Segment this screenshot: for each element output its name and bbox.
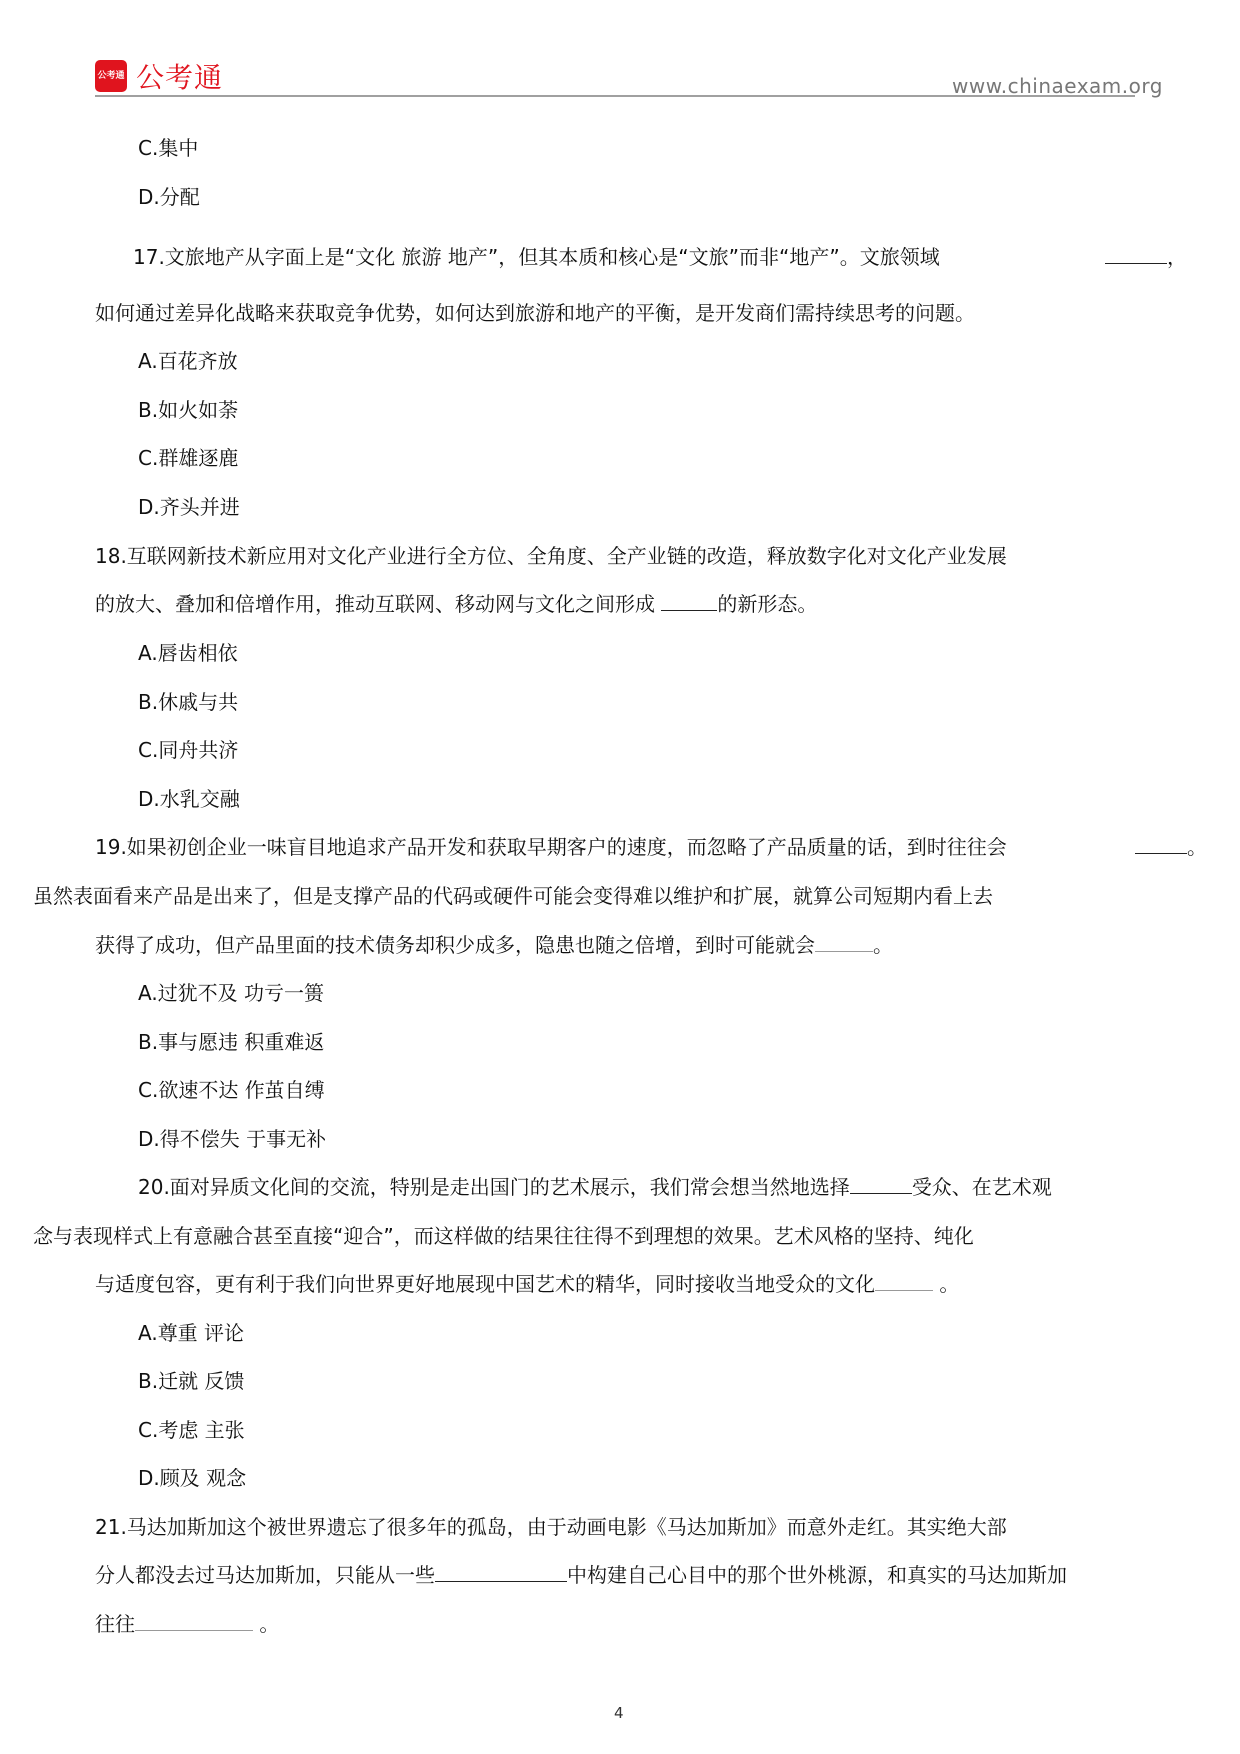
q21-text: 往往 (95, 1612, 135, 1636)
page-number: 4 (614, 1704, 624, 1722)
answer-blank (850, 1175, 912, 1194)
q17-blank-1: ， (1105, 244, 1187, 270)
q18-option-c: C.同舟共济 (138, 737, 238, 763)
q17-option-a: A.百花齐放 (138, 348, 238, 374)
q21-stem-line2: 分人都没去过马达加斯加，只能从一些中构建自己心目中的那个世外桃源，和真实的马达加… (95, 1562, 1067, 1588)
q16-option-c: C.集中 (138, 135, 198, 161)
q20-text-a: 20.面对异质文化间的交流，特别是走出国门的艺术展示，我们常会想当然地选择 (138, 1175, 850, 1199)
q19-option-a: A.过犹不及 功亏一篑 (138, 980, 324, 1006)
q20-text-b: 受众、在艺术观 (912, 1175, 1052, 1199)
q21-stem-line1: 21.马达加斯加这个被世界遗忘了很多年的孤岛，由于动画电影《马达加斯加》而意外走… (95, 1514, 1007, 1540)
q19-stem-line1: 19.如果初创企业一味盲目地追求产品开发和获取早期客户的速度，而忽略了产品质量的… (95, 834, 1007, 860)
q17-punct: ， (1167, 245, 1187, 269)
q19-punct: 。 (873, 933, 893, 957)
answer-blank (435, 1563, 567, 1582)
answer-blank (875, 1272, 933, 1291)
q19-stem-line2: 虽然表面看来产品是出来了，但是支撑产品的代码或硬件可能会变得难以维护和扩展，就算… (33, 883, 993, 909)
q21-text-a: 分人都没去过马达加斯加，只能从一些 (95, 1563, 435, 1587)
q20-option-b: B.迁就 反馈 (138, 1368, 244, 1394)
q19-punct: 。 (1187, 835, 1207, 859)
q20-option-a: A.尊重 评论 (138, 1320, 244, 1346)
q18-option-a: A.唇齿相依 (138, 640, 238, 666)
q18-stem-line1: 18.互联网新技术新应用对文化产业进行全方位、全角度、全产业链的改造，释放数字化… (95, 543, 1007, 569)
logo-badge-icon: 公考通 (95, 60, 127, 92)
q18-option-d: D.水乳交融 (138, 786, 240, 812)
q19-option-b: B.事与愿违 积重难返 (138, 1029, 324, 1055)
q17-stem-line1: 17.文旅地产从字面上是“文化 旅游 地产”，但其本质和核心是“文旅”而非“地产… (133, 244, 940, 270)
site-url-link[interactable]: www.chinaexam.org (952, 74, 1170, 98)
answer-blank (1105, 245, 1167, 264)
q17-option-d: D.齐头并进 (138, 494, 240, 520)
q20-option-d: D.顾及 观念 (138, 1465, 246, 1491)
answer-blank (135, 1612, 253, 1631)
q17-stem-line2: 如何通过差异化战略来获取竞争优势，如何达到旅游和地产的平衡，是开发商们需持续思考… (95, 300, 975, 326)
q20-stem-line1: 20.面对异质文化间的交流，特别是走出国门的艺术展示，我们常会想当然地选择受众、… (138, 1174, 1052, 1200)
page-header: 公考通 公考通 www.chinaexam.org (0, 0, 1240, 120)
q17-text: 17.文旅地产从字面上是“文化 旅游 地产”，但其本质和核心是“文旅”而非“地产… (133, 245, 940, 269)
answer-blank (815, 933, 873, 952)
q20-punct: 。 (933, 1272, 959, 1296)
answer-blank (1135, 835, 1187, 854)
q18-text-b: 的新形态。 (717, 592, 817, 616)
brand-logo-text: 公考通 (136, 56, 223, 96)
q16-option-d: D.分配 (138, 184, 200, 210)
answer-blank (661, 592, 717, 611)
q20-stem-line3: 与适度包容，更有利于我们向世界更好地展现中国艺术的精华，同时接收当地受众的文化 … (95, 1271, 959, 1297)
q20-option-c: C.考虑 主张 (138, 1417, 245, 1443)
q21-punct: 。 (253, 1612, 279, 1636)
q19-blank-1: 。 (1135, 834, 1207, 860)
q21-stem-line3: 往往 。 (95, 1611, 279, 1637)
q19-stem-line3: 获得了成功，但产品里面的技术债务却积少成多，隐患也随之倍增，到时可能就会。 (95, 932, 893, 958)
q20-text: 与适度包容，更有利于我们向世界更好地展现中国艺术的精华，同时接收当地受众的文化 (95, 1272, 875, 1296)
q19-option-c: C.欲速不达 作茧自缚 (138, 1077, 325, 1103)
q19-option-d: D.得不偿失 于事无补 (138, 1126, 326, 1152)
q20-stem-line2: 念与表现样式上有意融合甚至直接“迎合”，而这样做的结果往往得不到理想的效果。艺术… (33, 1223, 974, 1249)
q17-option-c: C.群雄逐鹿 (138, 445, 238, 471)
q18-option-b: B.休戚与共 (138, 689, 238, 715)
q17-option-b: B.如火如荼 (138, 397, 238, 423)
q21-text-b: 中构建自己心目中的那个世外桃源，和真实的马达加斯加 (567, 1563, 1067, 1587)
q18-text-a: 的放大、叠加和倍增作用，推动互联网、移动网与文化之间形成 (95, 592, 661, 616)
q19-text: 获得了成功，但产品里面的技术债务却积少成多，隐患也随之倍增，到时可能就会 (95, 933, 815, 957)
q18-stem-line2: 的放大、叠加和倍增作用，推动互联网、移动网与文化之间形成 的新形态。 (95, 591, 817, 617)
